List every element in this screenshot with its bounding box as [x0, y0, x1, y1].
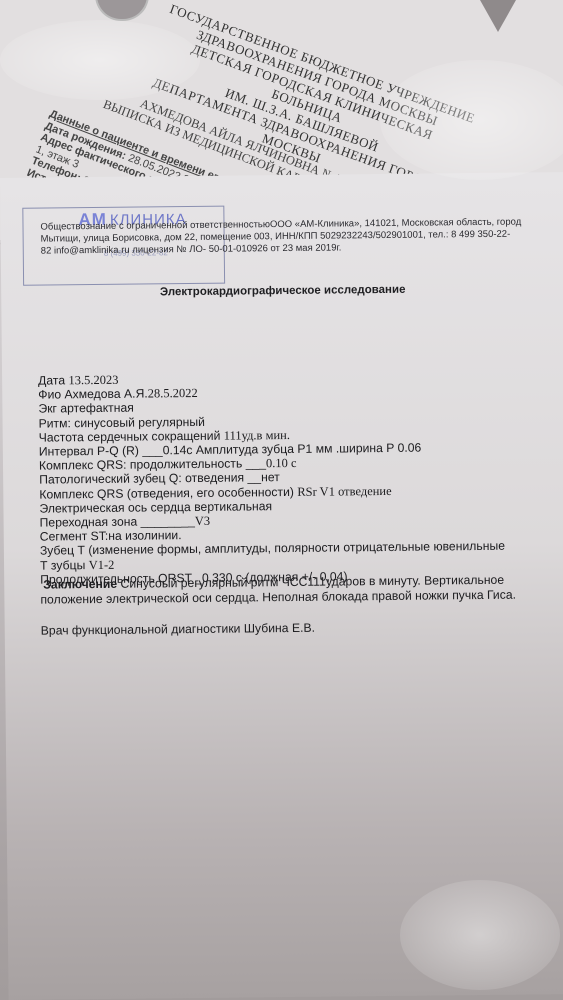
stamp-fine-print — [30, 257, 220, 265]
corner-clip-icon — [480, 0, 516, 32]
conclusion-label: Заключение — [43, 577, 117, 592]
ecg-report-sheet: AMКЛИНИКА 8 (499) 350-22-82 Обществознан… — [0, 172, 563, 1000]
doctor-signature: Врач функциональной диагностики Шубина Е… — [41, 618, 561, 637]
organization-info: Обществознание с ограниченной ответствен… — [40, 216, 540, 257]
ecg-fields: Дата 13.5.2023 Фио Ахмедова А.Я.28.5.202… — [38, 368, 560, 586]
conclusion: Заключение Синусоый регулярный ритм ЧСС1… — [40, 572, 560, 607]
